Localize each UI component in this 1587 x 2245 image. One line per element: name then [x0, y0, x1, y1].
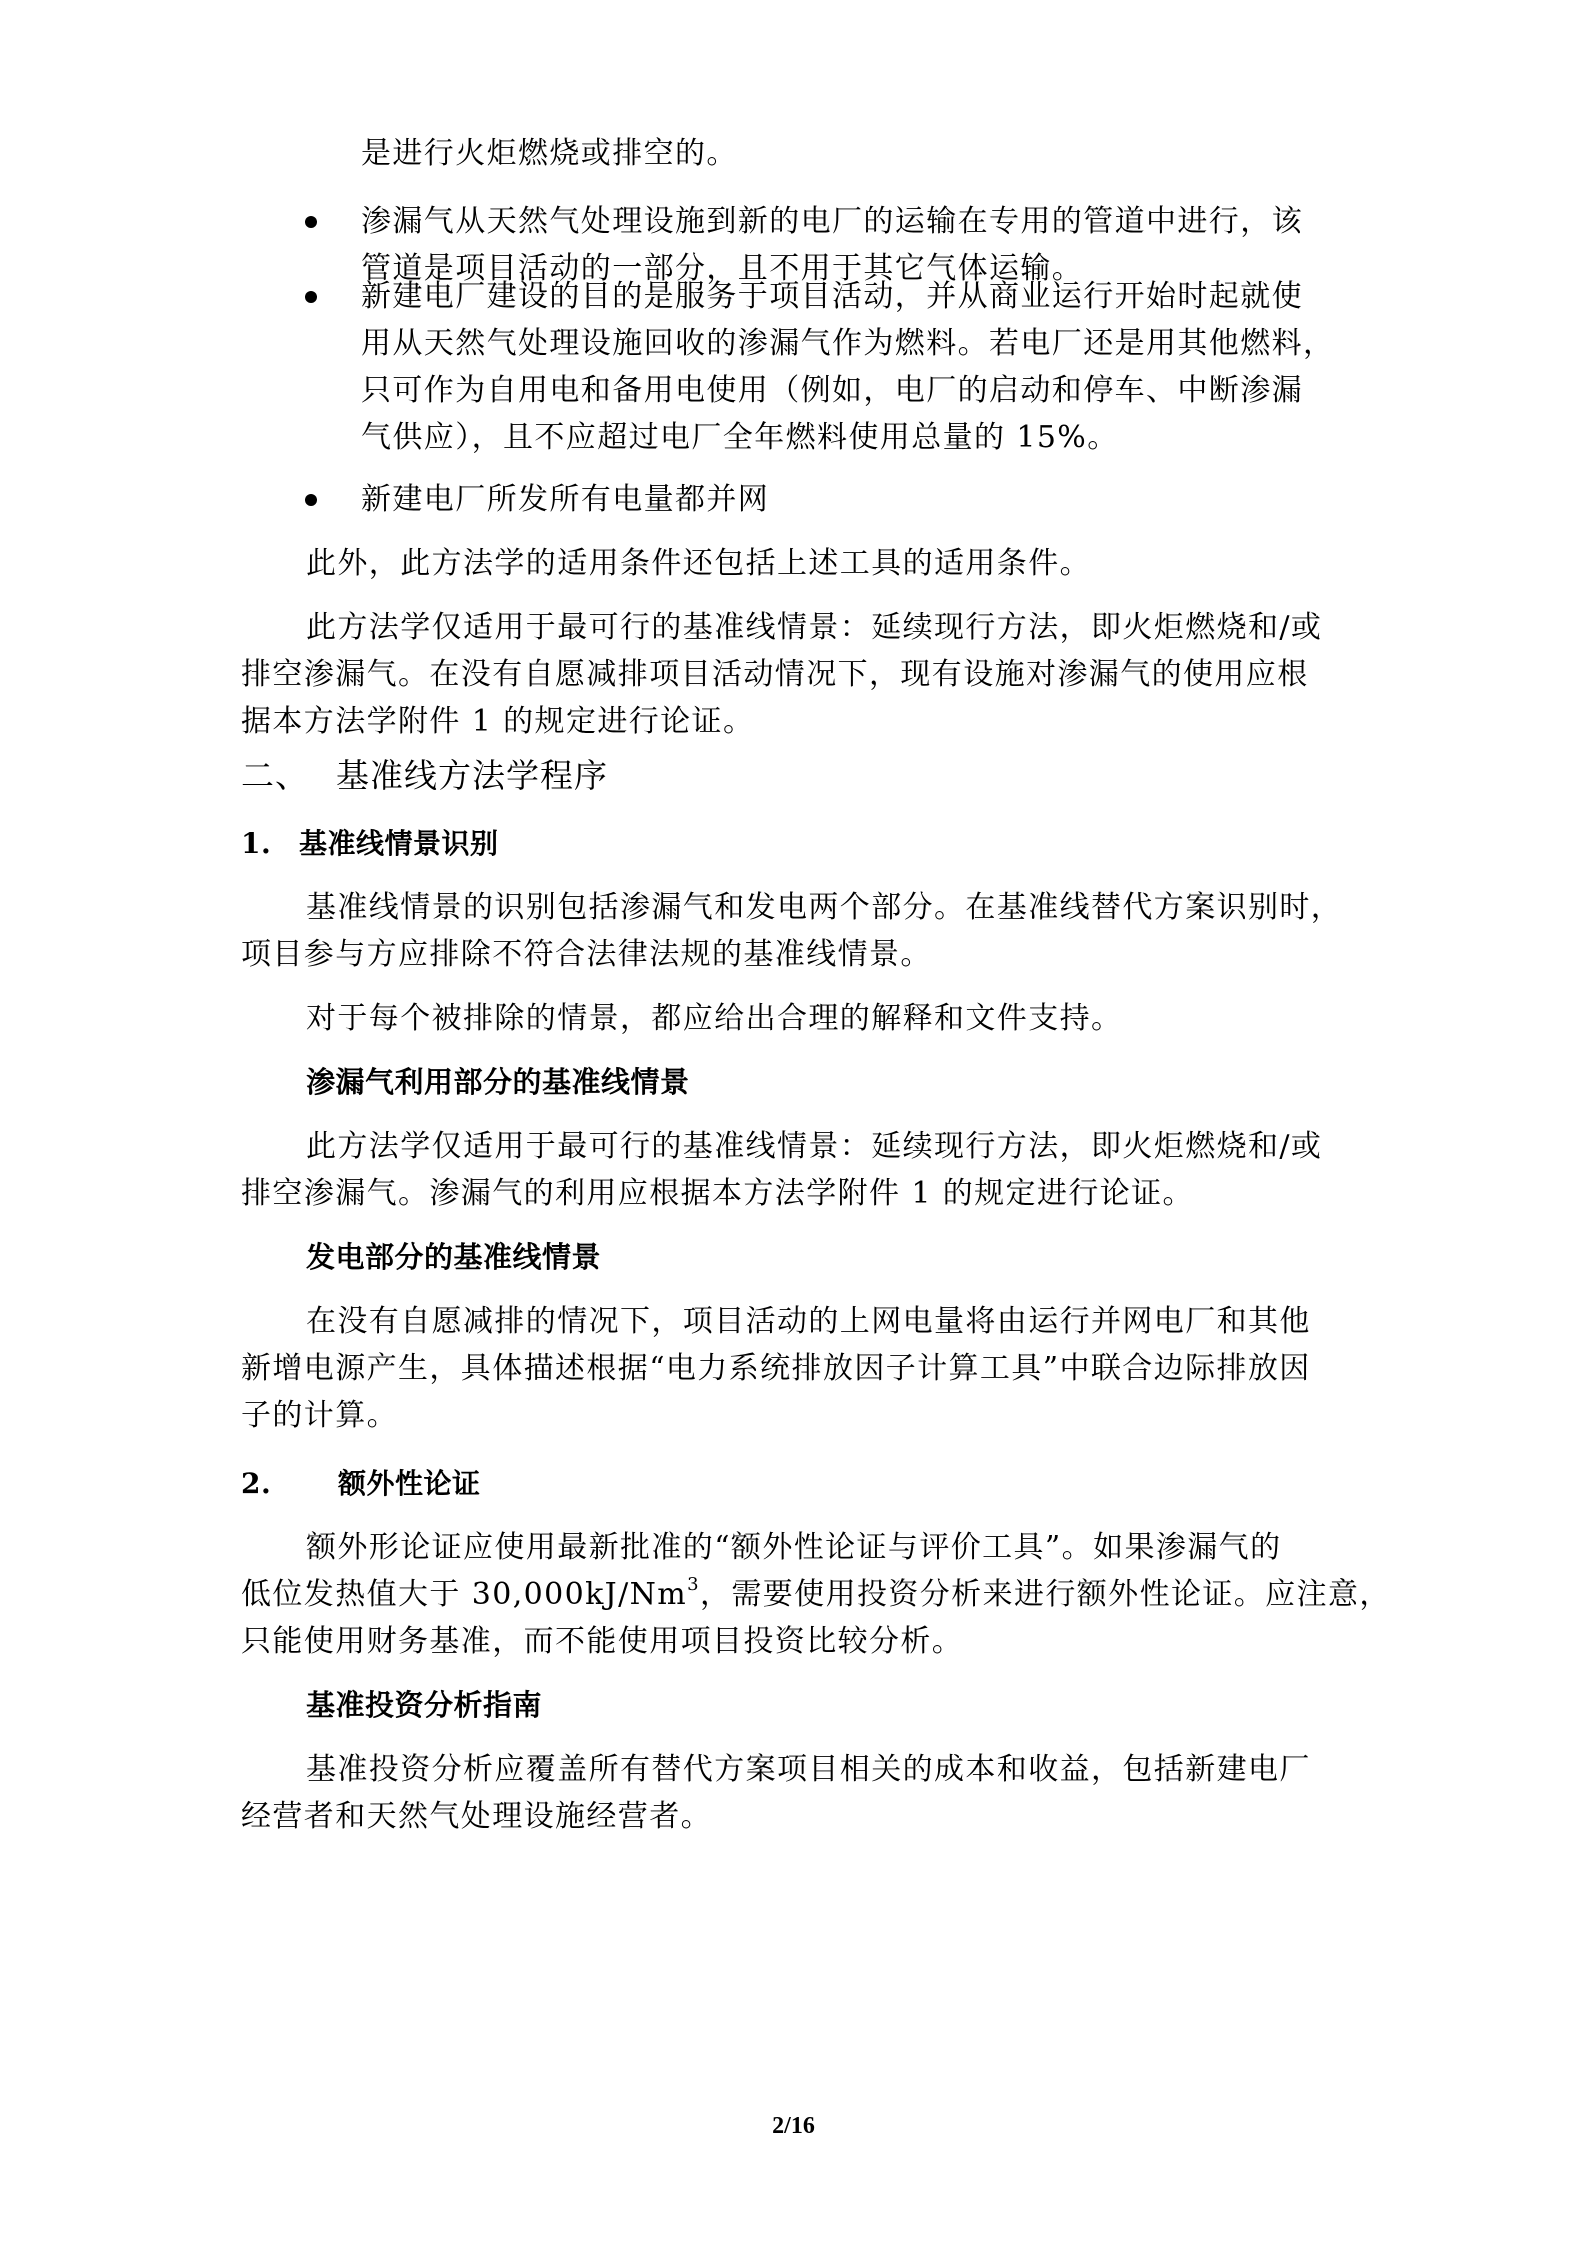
invest-para-line-2: 经营者和天然气处理设施经营者。	[241, 1793, 1351, 1840]
continuation-text: 是进行火炬燃烧或排空的。	[361, 130, 1351, 177]
document-page: 是进行火炬燃烧或排空的。 渗漏气从天然气处理设施到新的电厂的运输在专用的管道中进…	[0, 0, 1587, 2245]
additionality-para-line-2: 低位发热值大于 30,000kJ/Nm3，需要使用投资分析来进行额外性论证。应注…	[241, 1571, 1351, 1618]
bullet-1-line-1: 渗漏气从天然气处理设施到新的电厂的运输在专用的管道中进行，该	[361, 198, 1351, 245]
subsection-2-heading: 2.额外性论证	[241, 1460, 1351, 1507]
bullet-2-line-3: 只可作为自用电和备用电使用（例如，电厂的启动和停车、中断渗漏	[361, 367, 1351, 414]
subsection-1-heading: 1.基准线情景识别	[241, 820, 1351, 867]
sub1-para2: 对于每个被排除的情景，都应给出合理的解释和文件支持。	[306, 995, 1416, 1042]
section-number: 二、	[241, 752, 336, 799]
leak-para-line-1: 此方法学仅适用于最可行的基准线情景：延续现行方法，即火炬燃烧和/或	[306, 1123, 1416, 1170]
power-baseline-heading: 发电部分的基准线情景	[306, 1234, 1416, 1281]
subsection-number: 2.	[241, 1460, 338, 1507]
subsection-title: 基准线情景识别	[299, 827, 499, 860]
subsection-number: 1.	[241, 820, 299, 867]
sub1-para1-line-2: 项目参与方应排除不符合法律法规的基准线情景。	[241, 931, 1351, 978]
benchmark-investment-heading: 基准投资分析指南	[306, 1682, 1416, 1729]
paragraph-baseline-only-line-2: 排空渗漏气。在没有自愿减排项目活动情况下，现有设施对渗漏气的使用应根	[241, 651, 1351, 698]
power-para-line-1: 在没有自愿减排的情况下，项目活动的上网电量将由运行并网电厂和其他	[306, 1298, 1416, 1345]
bullet-icon	[305, 216, 317, 228]
additionality-para-line-3: 只能使用财务基准，而不能使用项目投资比较分析。	[241, 1618, 1351, 1665]
section-heading: 二、基准线方法学程序	[241, 752, 1351, 799]
paragraph-baseline-only-line-1: 此方法学仅适用于最可行的基准线情景：延续现行方法，即火炬燃烧和/或	[306, 604, 1416, 651]
bullet-2-line-1: 新建电厂建设的目的是服务于项目活动，并从商业运行开始时起就使	[361, 273, 1351, 320]
bullet-2-line-2: 用从天然气处理设施回收的渗漏气作为燃料。若电厂还是用其他燃料，	[361, 320, 1351, 367]
bullet-icon	[305, 291, 317, 303]
leak-gas-baseline-heading: 渗漏气利用部分的基准线情景	[306, 1059, 1416, 1106]
invest-para-line-1: 基准投资分析应覆盖所有替代方案项目相关的成本和收益，包括新建电厂	[306, 1746, 1416, 1793]
subsection-title: 额外性论证	[338, 1467, 481, 1500]
text-segment: ，需要使用投资分析来进行额外性论证。应注意，	[700, 1577, 1391, 1612]
section-title: 基准线方法学程序	[336, 756, 608, 795]
sub1-para1-line-1: 基准线情景的识别包括渗漏气和发电两个部分。在基准线替代方案识别时，	[306, 884, 1416, 931]
paragraph-baseline-only-line-3: 据本方法学附件 1 的规定进行论证。	[241, 698, 1351, 745]
power-para-line-3: 子的计算。	[241, 1392, 1351, 1439]
power-para-line-2: 新增电源产生，具体描述根据“电力系统排放因子计算工具”中联合边际排放因	[241, 1345, 1351, 1392]
bullet-2-line-4: 气供应），且不应超过电厂全年燃料使用总量的 15%。	[361, 414, 1351, 461]
paragraph-applicability-tools: 此外，此方法学的适用条件还包括上述工具的适用条件。	[306, 540, 1416, 587]
additionality-para-line-1: 额外形论证应使用最新批准的“额外性论证与评价工具”。如果渗漏气的	[306, 1524, 1416, 1571]
page-number: 2/16	[0, 2113, 1587, 2140]
bullet-icon	[305, 494, 317, 506]
bullet-3-line-1: 新建电厂所发所有电量都并网	[361, 476, 1351, 523]
superscript: 3	[687, 1574, 700, 1595]
leak-para-line-2: 排空渗漏气。渗漏气的利用应根据本方法学附件 1 的规定进行论证。	[241, 1170, 1351, 1217]
text-segment: 低位发热值大于 30,000kJ/Nm	[241, 1577, 687, 1612]
